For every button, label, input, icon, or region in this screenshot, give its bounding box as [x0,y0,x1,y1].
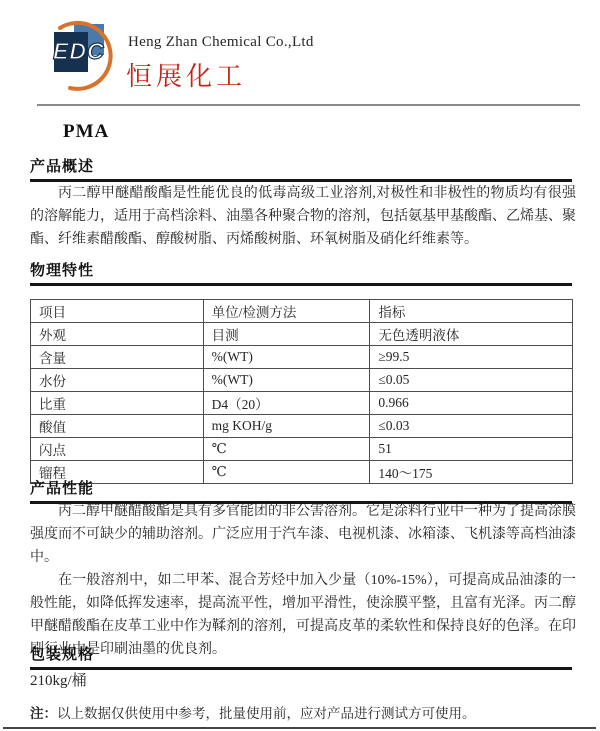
table-row: 闪点℃51 [31,438,573,461]
section-title-packaging: 包装规格 [30,643,572,670]
physical-properties-table: 项目单位/检测方法指标 外观目测无色透明液体含量%(WT)≥99.5水份%(WT… [30,299,573,484]
table-cell: 目测 [203,323,370,346]
performance-paragraph-1: 丙二醇甲醚醋酸酯是具有多官能团的非公害溶剂。它是涂料行业中一种为了提高涂膜强度而… [30,500,576,569]
overview-paragraph: 丙二醇甲醚醋酸酯是性能优良的低毒高级工业溶剂,对极性和非极性的物质均有很强的溶解… [30,182,576,251]
table-cell: D4（20） [203,392,370,415]
table-header-row: 项目单位/检测方法指标 [31,300,573,323]
table-cell: ℃ [203,438,370,461]
page-bottom-divider [3,727,596,729]
table-cell: 水份 [31,369,204,392]
footnote: 注：以上数据仅供使用中参考，批量使用前，应对产品进行测试方可使用。 [30,702,476,722]
table-cell: %(WT) [203,346,370,369]
table-cell: 外观 [31,323,204,346]
table-row: 酸值mg KOH/g≤0.03 [31,415,573,438]
packaging-spec: 210kg/桶 [30,669,87,690]
company-name-cn: 恒展化工 [126,56,246,93]
table-row: 水份%(WT)≤0.05 [31,369,573,392]
footnote-label: 注： [30,706,57,721]
table-cell: %(WT) [203,369,370,392]
table-cell: 闪点 [31,438,204,461]
company-name-en: Heng Zhan Chemical Co.,Ltd [128,34,314,51]
table-header-cell: 指标 [370,300,573,323]
performance-paragraphs: 丙二醇甲醚醋酸酯是具有多官能团的非公害溶剂。它是涂料行业中一种为了提高涂膜强度而… [30,500,576,661]
table-row: 比重D4（20）0.966 [31,392,573,415]
table-cell: ≤0.05 [370,369,573,392]
table-cell: ≥99.5 [370,346,573,369]
table-cell: 无色透明液体 [370,323,573,346]
table-cell: 比重 [31,392,204,415]
table-cell: ≤0.03 [370,415,573,438]
header-divider [37,104,580,106]
footnote-text: 以上数据仅供使用中参考，批量使用前，应对产品进行测试方可使用。 [57,706,476,721]
section-title-physical: 物理特性 [30,259,572,286]
table-row: 含量%(WT)≥99.5 [31,346,573,369]
table-header-cell: 单位/检测方法 [203,300,370,323]
product-datasheet-page: EDC Heng Zhan Chemical Co.,Ltd 恒展化工 PMA … [0,0,600,731]
product-name: PMA [63,121,109,143]
table-row: 外观目测无色透明液体 [31,323,573,346]
overview-text: 丙二醇甲醚醋酸酯是性能优良的低毒高级工业溶剂,对极性和非极性的物质均有很强的溶解… [30,182,576,251]
edc-logo-graphic: EDC [46,12,136,96]
table-cell: mg KOH/g [203,415,370,438]
table-cell: 0.966 [370,392,573,415]
table-header-cell: 项目 [31,300,204,323]
section-title-overview: 产品概述 [30,155,572,182]
svg-text:EDC: EDC [53,38,105,64]
table-cell: 含量 [31,346,204,369]
table-cell: 51 [370,438,573,461]
edc-logo: EDC [46,12,136,96]
table-cell: 酸值 [31,415,204,438]
